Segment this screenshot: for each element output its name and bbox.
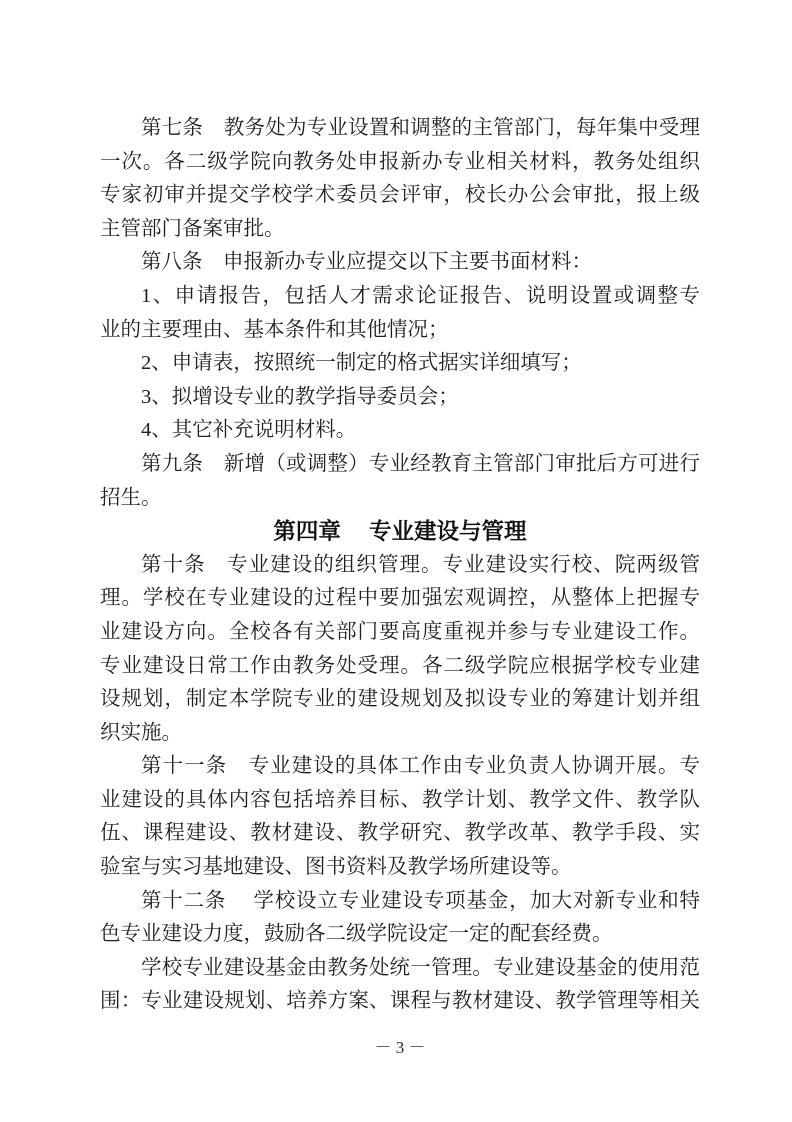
text-line: 学校专业建设基金由教务处统一管理。专业建设基金的使用范: [100, 952, 700, 986]
text-line: 色专业建设力度，鼓励各二级学院设定一定的配套经费。: [100, 918, 700, 952]
text-line: 业建设的具体内容包括培养目标、教学计划、教学文件、教学队: [100, 784, 700, 818]
text-line: 专业建设日常工作由教务处受理。各二级学院应根据学校专业建: [100, 650, 700, 684]
document-page: 第七条 教务处为专业设置和调整的主管部门，每年集中受理一次。各二级学院向教务处申…: [0, 0, 792, 1122]
text-line: 第八条 申报新办专业应提交以下主要书面材料：: [100, 246, 700, 280]
text-line: 一次。各二级学院向教务处申报新办专业相关材料，教务处组织: [100, 146, 700, 180]
article-12-funds: 学校专业建设基金由教务处统一管理。专业建设基金的使用范围：专业建设规划、培养方案…: [100, 952, 700, 1019]
text-line: 招生。: [100, 482, 700, 516]
article-10: 第十条 专业建设的组织管理。专业建设实行校、院两级管理。学校在专业建设的过程中要…: [100, 549, 700, 751]
document-body: 第七条 教务处为专业设置和调整的主管部门，每年集中受理一次。各二级学院向教务处申…: [100, 112, 700, 1019]
text-line: 4、其它补充说明材料。: [100, 414, 700, 448]
chapter-4-heading: 第四章 专业建设与管理: [100, 515, 700, 549]
article-8-item-4: 4、其它补充说明材料。: [100, 414, 700, 448]
text-line: 第十一条 专业建设的具体工作由专业负责人协调开展。专: [100, 750, 700, 784]
text-line: 第九条 新增（或调整）专业经教育主管部门审批后方可进行: [100, 448, 700, 482]
article-8: 第八条 申报新办专业应提交以下主要书面材料：: [100, 246, 700, 280]
article-8-item-3: 3、拟增设专业的教学指导委员会；: [100, 381, 700, 415]
text-line: 织实施。: [100, 717, 700, 751]
text-line: 第十二条 学校设立专业建设专项基金，加大对新专业和特: [100, 885, 700, 919]
text-line: 理。学校在专业建设的过程中要加强宏观调控，从整体上把握专: [100, 582, 700, 616]
text-line: 业建设方向。全校各有关部门要高度重视并参与专业建设工作。: [100, 616, 700, 650]
article-12: 第十二条 学校设立专业建设专项基金，加大对新专业和特色专业建设力度，鼓励各二级学…: [100, 885, 700, 952]
text-line: 业的主要理由、基本条件和其他情况；: [100, 314, 700, 348]
article-8-item-1: 1、申请报告，包括人才需求论证报告、说明设置或调整专业的主要理由、基本条件和其他…: [100, 280, 700, 347]
text-line: 设规划，制定本学院专业的建设规划及拟设专业的筹建计划并组: [100, 683, 700, 717]
page-number: － 3 －: [100, 1036, 700, 1060]
text-line: 第十条 专业建设的组织管理。专业建设实行校、院两级管: [100, 549, 700, 583]
text-line: 1、申请报告，包括人才需求论证报告、说明设置或调整专: [100, 280, 700, 314]
article-7: 第七条 教务处为专业设置和调整的主管部门，每年集中受理一次。各二级学院向教务处申…: [100, 112, 700, 246]
text-line: 主管部门备案审批。: [100, 213, 700, 247]
text-line: 2、申请表，按照统一制定的格式据实详细填写；: [100, 347, 700, 381]
article-11: 第十一条 专业建设的具体工作由专业负责人协调开展。专业建设的具体内容包括培养目标…: [100, 750, 700, 884]
article-8-item-2: 2、申请表，按照统一制定的格式据实详细填写；: [100, 347, 700, 381]
text-line: 围：专业建设规划、培养方案、课程与教材建设、教学管理等相关: [100, 985, 700, 1019]
text-line: 验室与实习基地建设、图书资料及教学场所建设等。: [100, 851, 700, 885]
article-9: 第九条 新增（或调整）专业经教育主管部门审批后方可进行招生。: [100, 448, 700, 515]
text-line: 3、拟增设专业的教学指导委员会；: [100, 381, 700, 415]
text-line: 第七条 教务处为专业设置和调整的主管部门，每年集中受理: [100, 112, 700, 146]
text-line: 伍、课程建设、教材建设、教学研究、教学改革、教学手段、实: [100, 817, 700, 851]
text-line: 专家初审并提交学校学术委员会评审，校长办公会审批，报上级: [100, 179, 700, 213]
